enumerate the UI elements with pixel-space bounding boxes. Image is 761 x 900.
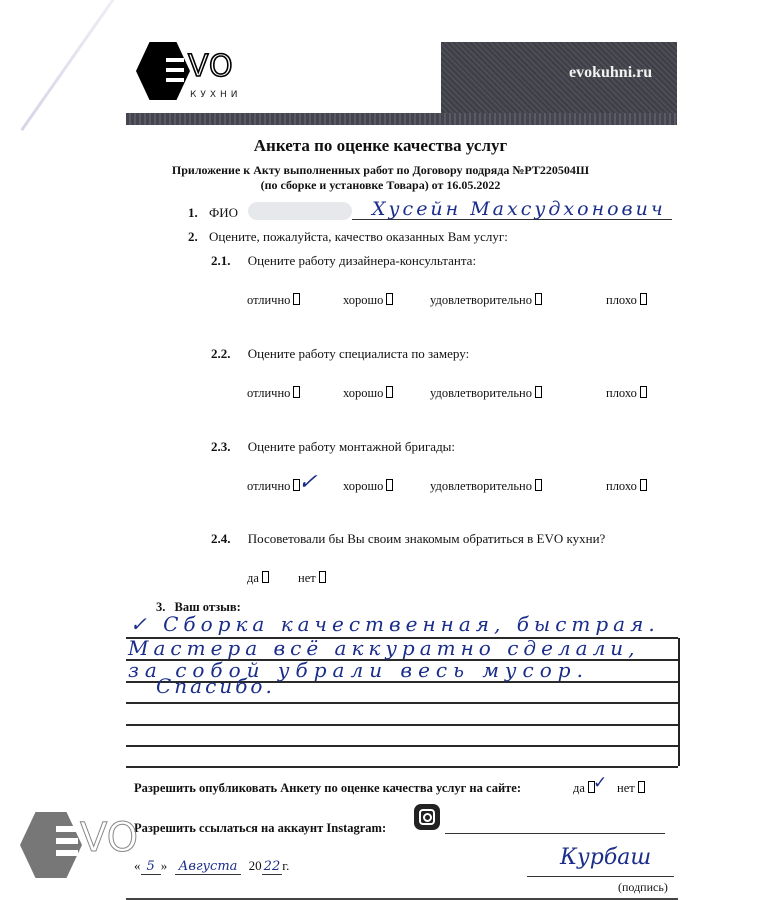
review-text-line-1: ✓ Сборка качественная, быстрая. <box>130 612 660 636</box>
question-2-3: 2.3. Оцените работу монтажной бригады: <box>211 439 455 455</box>
watermark-bars-icon <box>56 826 78 862</box>
option-plokho-2-1[interactable]: плохо <box>606 293 647 308</box>
checkbox[interactable] <box>386 386 393 398</box>
fio-label: ФИО <box>209 205 238 220</box>
checkbox[interactable] <box>535 293 542 305</box>
option-udovl-2-2[interactable]: удовлетворительно <box>430 386 542 401</box>
question-label: Оцените, пожалуйста, качество оказанных … <box>209 229 508 244</box>
question-label: Оцените работу специалиста по замеру: <box>248 346 469 361</box>
checkbox[interactable] <box>386 293 393 305</box>
question-2-4: 2.4. Посоветовали бы Вы своим знакомым о… <box>211 531 605 547</box>
question-label: Оцените работу монтажной бригады: <box>248 439 455 454</box>
review-line <box>126 745 678 747</box>
date-month[interactable]: Августа <box>175 859 242 875</box>
question-number: 2.2. <box>211 346 231 361</box>
checkmark-icon: ✓ <box>593 773 607 793</box>
question-2: 2. Оцените, пожалуйста, качество оказанн… <box>188 229 508 245</box>
checkbox[interactable] <box>386 479 393 491</box>
question-label: Посоветовали бы Вы своим знакомым обрати… <box>248 531 606 546</box>
publish-no-option[interactable]: нет <box>617 781 645 796</box>
checkbox[interactable] <box>640 479 647 491</box>
option-yes-2-4[interactable]: да <box>247 571 269 586</box>
question-1: 1. ФИО <box>188 205 238 221</box>
publish-label: Разрешить опубликовать Анкету по оценке … <box>134 781 521 796</box>
checkmark-icon: ✓ <box>295 470 323 495</box>
document-subtitle-1: Приложение к Акту выполненных работ по Д… <box>0 163 761 178</box>
document-title: Анкета по оценке качества услуг <box>0 136 761 156</box>
instagram-field[interactable] <box>445 833 665 834</box>
checkbox[interactable] <box>262 571 269 583</box>
instagram-icon <box>414 804 440 830</box>
evo-logo-text: VO <box>188 52 234 82</box>
option-plokho-2-2[interactable]: плохо <box>606 386 647 401</box>
instagram-label: Разрешить ссылаться на аккаунт Instagram… <box>134 821 386 836</box>
document-subtitle-2: (по сборке и установке Товара) от 16.05.… <box>0 178 761 193</box>
signature-caption: (подпись) <box>618 880 668 895</box>
date-year[interactable]: 22 <box>262 859 283 875</box>
question-number: 2.4. <box>211 531 231 546</box>
option-no-2-4[interactable]: нет <box>298 571 326 586</box>
date-row: «5» Августа 2022г. <box>134 858 289 874</box>
option-udovl-2-1[interactable]: удовлетворительно <box>430 293 542 308</box>
question-number: 1. <box>188 205 198 220</box>
question-2-2: 2.2. Оцените работу специалиста по замер… <box>211 346 469 362</box>
checkbox[interactable] <box>319 571 326 583</box>
review-text-line-2: Мастера всё аккуратно сделали, <box>128 636 640 660</box>
signature-field[interactable]: Курбаш <box>560 845 651 870</box>
redacted-surname <box>248 202 352 220</box>
option-otlichno-2-3[interactable]: отлично <box>247 479 300 494</box>
checkbox[interactable] <box>535 479 542 491</box>
scan-artifact-line <box>20 0 120 131</box>
evo-logo-bars-icon <box>166 58 184 86</box>
option-plokho-2-3[interactable]: плохо <box>606 479 647 494</box>
question-number: 2.1. <box>211 253 231 268</box>
option-otlichno-2-1[interactable]: отлично <box>247 293 300 308</box>
website-link[interactable]: evokuhni.ru <box>569 64 652 82</box>
signature-line <box>527 876 674 877</box>
evo-logo-subtitle: КУХНИ <box>190 90 242 100</box>
publish-yes-option[interactable]: да <box>573 781 595 796</box>
checkbox[interactable] <box>535 386 542 398</box>
fio-field[interactable]: Хусейн Махсудхонович <box>372 198 666 220</box>
checkbox[interactable] <box>640 293 647 305</box>
option-otlichno-2-2[interactable]: отлично <box>247 386 300 401</box>
date-day[interactable]: 5 <box>141 859 161 875</box>
review-text-line-4: Спасибо. <box>156 674 275 698</box>
review-line <box>126 766 678 768</box>
watermark-logo-text: VO <box>80 818 138 858</box>
checkbox[interactable] <box>640 386 647 398</box>
question-2-1: 2.1. Оцените работу дизайнера-консультан… <box>211 253 476 269</box>
review-line <box>126 702 678 704</box>
option-khorosho-2-3[interactable]: хорошо <box>343 479 393 494</box>
checkbox[interactable] <box>293 293 300 305</box>
header-dark-panel <box>441 42 677 122</box>
option-khorosho-2-2[interactable]: хорошо <box>343 386 393 401</box>
option-udovl-2-3[interactable]: удовлетворительно <box>430 479 542 494</box>
option-khorosho-2-1[interactable]: хорошо <box>343 293 393 308</box>
checkbox[interactable] <box>293 386 300 398</box>
review-line <box>126 724 678 726</box>
header-bar <box>126 113 677 125</box>
question-label: Оцените работу дизайнера-консультанта: <box>248 253 476 268</box>
question-number: 2. <box>188 229 198 244</box>
question-number: 2.3. <box>211 439 231 454</box>
checkbox[interactable] <box>638 781 645 793</box>
